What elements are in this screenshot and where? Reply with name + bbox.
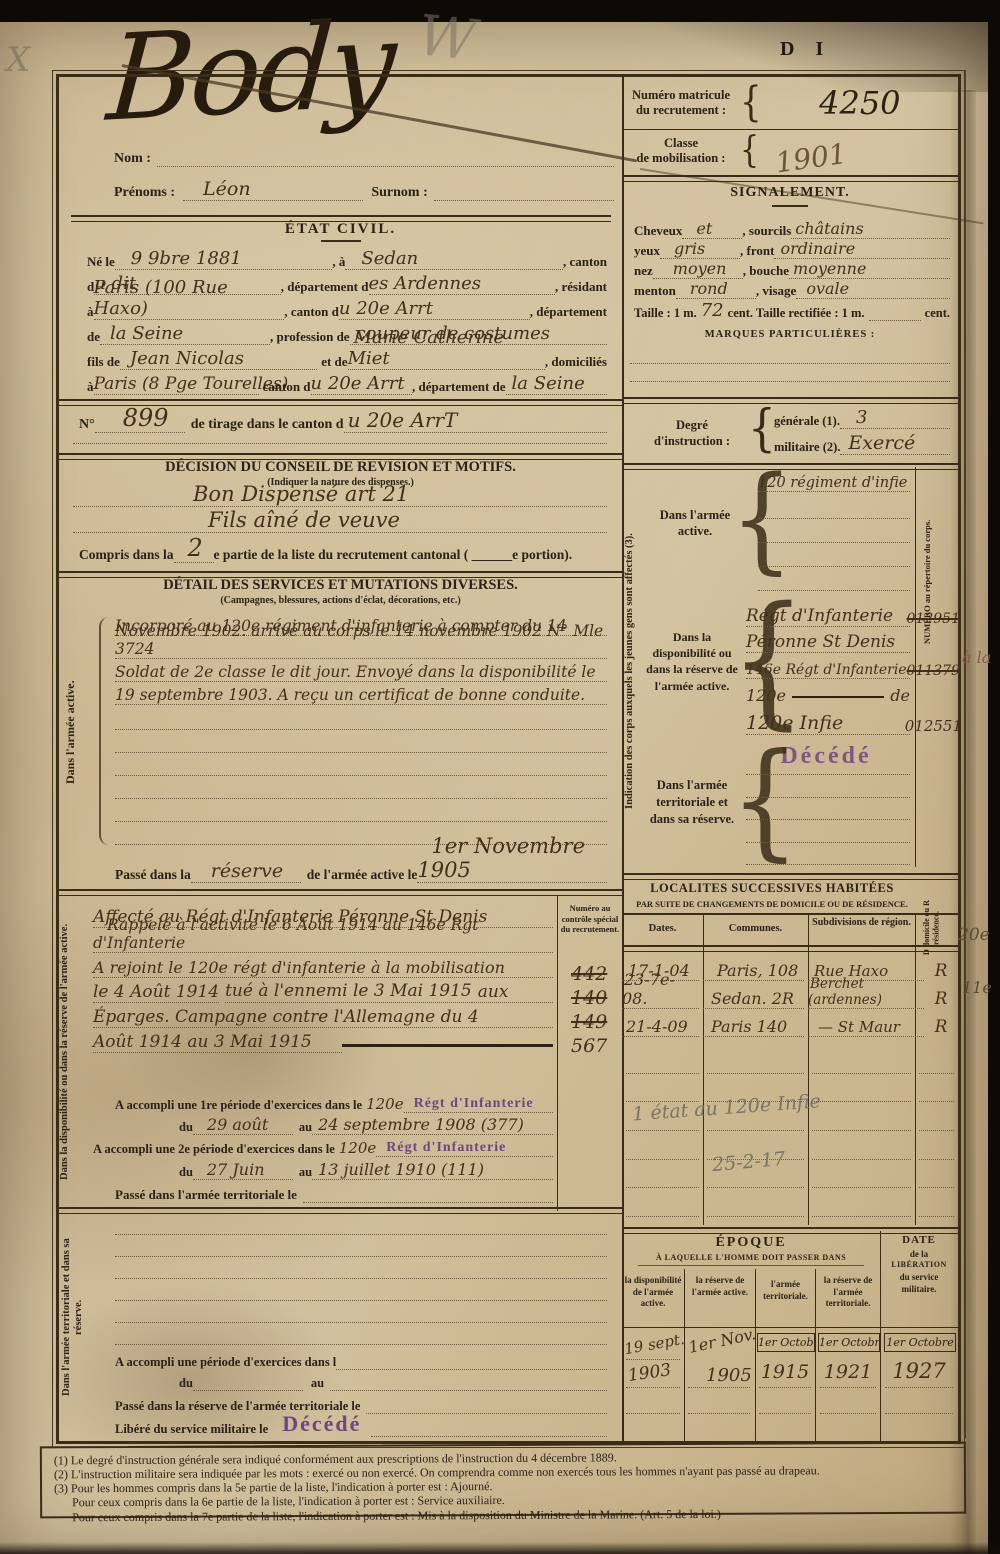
repertoire-number: 012551 [905, 717, 962, 735]
printed-label: Taille : 1 m. [634, 306, 697, 321]
blank-writing-line [115, 753, 607, 776]
series-label-di: D I [780, 38, 831, 61]
handwritten-value: 13 juillet 1910 (111) [312, 1160, 553, 1180]
epoque-value: 1927 [884, 1359, 954, 1383]
blank-writing-line [707, 1188, 804, 1217]
disponibilite-side-label: Dans la disponibilité ou dans la réserve… [59, 907, 85, 1197]
handwritten-value: 120e [366, 1095, 404, 1113]
services-title: DÉTAIL DES SERVICES ET MUTATIONS DIVERSE… [59, 577, 622, 594]
decision-line: Fils aîné de veuve [73, 507, 607, 533]
handwritten-value: u 20e Arrt [339, 298, 530, 320]
blank-writing-line [626, 1413, 680, 1414]
blank-writing-line [885, 1413, 953, 1414]
matricule-brace: { [740, 83, 762, 124]
printed-label: Passé dans la [115, 867, 191, 883]
etat-civil-title: ÉTAT CIVIL. [59, 221, 622, 238]
handwritten-value: 29 août [193, 1115, 293, 1135]
handwritten-value: réserve [191, 860, 301, 883]
locality-date: 23-7e-08. [622, 970, 699, 1009]
printed-label: cent. [925, 306, 950, 321]
epoque-value: 1921 [818, 1361, 878, 1383]
outer-frame-line [964, 70, 966, 1438]
blank-writing-line [626, 1188, 699, 1217]
decision-text: Bon Dispensé art 21 [73, 482, 607, 507]
classe-label-line: Classe [622, 136, 740, 151]
corps-dispo-line: Régt d'Infanterie 012951 [746, 601, 910, 627]
matricule-value: 4250 [762, 84, 958, 122]
printed-label: , visage [756, 283, 796, 299]
decision-line: Bon Dispensé art 21 [73, 481, 607, 507]
tirage-number: 899 [95, 404, 185, 433]
printed-label: Cheveux [634, 223, 682, 239]
epoque-col-header: la réserve de l'armée territoriale. [817, 1275, 879, 1310]
service-line: Novembre 1902. arrivé au corps le 14 nov… [115, 636, 607, 659]
dispo-text: Éparges. Campagne contre l'Allemagne du … [93, 1007, 553, 1028]
degre-label: Degré d'instruction : [642, 417, 742, 450]
printed-label: Libéré du service militaire le [115, 1422, 268, 1437]
decision-title: DÉCISION DU CONSEIL DE REVISION ET MOTIF… [59, 459, 622, 476]
handwritten-value: et [682, 219, 742, 239]
pencil-x-mark: X [6, 40, 30, 80]
corps-unit: Régt d'Infanterie [746, 606, 910, 627]
printed-label: Né le [87, 254, 115, 270]
printed-label: menton [634, 283, 676, 299]
classe-label-line: de mobilisation : [622, 151, 740, 166]
numero-repertoire-label: NUMÉRO au répertoire du corps. [922, 477, 948, 687]
handwritten-value: 1er Novembre 1905 [417, 834, 607, 883]
printed-label: , canton [563, 254, 607, 270]
date-header-line: du service [880, 1271, 958, 1283]
signalement-line: Cheveux et , sourcils châtains [634, 217, 950, 239]
printed-label: , sourcils [742, 223, 791, 239]
corps-active-line: 120 régiment d'infie [758, 469, 910, 492]
blank-write-line [330, 1390, 607, 1391]
blank-writing-line [820, 1413, 876, 1414]
printed-label: , profession de [270, 329, 350, 345]
epoque-subtitle: À LAQUELLE L'HOMME DOIT PASSER DANS [622, 1253, 880, 1262]
header-underline [622, 1327, 958, 1328]
handwritten-value: rond [676, 279, 756, 299]
printed-label: du [179, 1165, 193, 1180]
signalement-title: SIGNALEMENT. [622, 185, 958, 201]
handwritten-value: châtains [791, 219, 950, 239]
etat-civil-line: fils de Jean Nicolas et de Marie Catheri… [87, 345, 607, 370]
killed-in-action-note: tué à l'ennemi le 3 Mai 1915 [225, 981, 472, 1003]
libere-row: Libéré du service militaire le Décédé [115, 1414, 607, 1437]
footnotes-box: (1) Le degré d'instruction générale sera… [40, 1442, 966, 1519]
blank-writing-line [758, 495, 910, 519]
blank-writing-line [919, 1102, 954, 1131]
tirage-row: N° 899 de tirage dans le canton d u 20e … [79, 407, 607, 433]
repertoire-number: 012951 [907, 611, 960, 627]
service-text: 19 septembre 1903. A reçu un certificat … [115, 686, 607, 705]
handwritten-value: ovale [796, 279, 950, 299]
territoriale-side-label: Dans l'armée territoriale et dans sa rés… [61, 1227, 85, 1407]
blank-writing-line [707, 1045, 804, 1074]
printed-label: Passé dans l'armée territoriale le [115, 1187, 297, 1203]
classe-row: Classe de mobilisation : { 1901 [622, 131, 958, 171]
corps-unit: 146e Régt d'Infanterie [746, 662, 910, 679]
right-column: Numéro matricule du recrutement : { 4250… [622, 77, 958, 1441]
localites-title: LOCALITES SUCCESSIVES HABITÉES [622, 881, 922, 896]
pencil-w-mark: W [415, 3, 479, 74]
handwritten-value: Exercé [840, 432, 950, 455]
locality-date: 21-4-09 [622, 1017, 699, 1037]
form-frame: Nom : Prénoms : Léon Surnom : ÉTAT CIVIL… [56, 74, 961, 1444]
printed-label: générale (1). [774, 414, 840, 429]
dispo-line: Éparges. Campagne contre l'Allemagne du … [93, 1003, 553, 1028]
title-underline [321, 240, 361, 242]
corps-unit: de [890, 686, 910, 705]
periode1-row: A accompli une 1re période d'exercices d… [115, 1091, 553, 1113]
locality-dr-flag: R [924, 961, 958, 981]
handwritten-value: ordinaire [774, 239, 950, 259]
handwritten-value: 9 9bre 1881 [115, 248, 333, 270]
controle-number: 442 [571, 963, 607, 985]
handwritten-value: 3 [840, 407, 950, 429]
handwritten-value: es Ardennes [369, 273, 556, 295]
printed-label: de l'armée active le [307, 867, 418, 883]
locality-row: 23-7e-08. Sedan. 2R Berchet (ardennes) R [622, 981, 958, 1009]
handwritten-value: Marie Catherine Miet [348, 327, 545, 370]
armee-active-label: Dans l'armée active. [652, 507, 738, 540]
date-header-line: de la [880, 1248, 958, 1260]
margin-note-arrondissement: 11e [962, 978, 992, 997]
corps-active-value: 120 régiment d'infie [758, 475, 910, 492]
printed-label: Compris dans la [79, 547, 174, 563]
handwritten-value: Paris (100 Rue Haxo) [94, 277, 285, 320]
locality-commune: Paris 140 [703, 1017, 804, 1037]
territoriale-dates-row: du au [179, 1371, 607, 1391]
handwritten-value: moyenne [789, 259, 950, 279]
date-liberation-header: DATE de la LIBÉRATION du service militai… [880, 1233, 958, 1295]
handwritten-value: 120e [339, 1139, 377, 1157]
printed-label: nez [634, 263, 653, 279]
blank-writing-line [758, 543, 910, 567]
regiment-stamp: Régt d'Infanterie [404, 1096, 553, 1113]
matricule-label: Numéro matricule du recrutement : [622, 88, 740, 118]
blank-write-line [303, 1202, 553, 1203]
blank-writing-line [115, 1279, 607, 1301]
surnom-write-line [434, 200, 614, 201]
printed-label: A accompli une période d'exercices dans … [115, 1355, 336, 1370]
dispo-text: Rappelé à l'activité le 6 Août 1914 au 1… [93, 916, 553, 953]
service-line: Soldat de 2e classe le dit jour. Envoyé … [115, 659, 607, 682]
printed-label: du [179, 1120, 193, 1135]
controle-number: 140 [571, 987, 607, 1009]
epoque-value: 1903 [627, 1360, 673, 1386]
epoque-title: ÉPOQUE [622, 1235, 880, 1251]
signalement-line: menton rond , visage ovale [634, 279, 950, 299]
blank-writing-line [820, 1387, 876, 1388]
locality-blank-lines [919, 1045, 954, 1217]
printed-label: , département de [412, 379, 506, 395]
controle-header: Numéro au contrôle spécial du recrutemen… [559, 903, 621, 935]
degre-generale-row: générale (1). 3 [774, 409, 950, 429]
locality-blank-lines [626, 1045, 699, 1217]
etat-civil-line: Né le 9 9bre 1881 , à Sedan , canton [87, 245, 607, 270]
blank-write-line [869, 320, 921, 321]
locality-row: 21-4-09 Paris 140 — St Maur R [622, 1009, 958, 1037]
blank-writing-line [115, 730, 607, 753]
printed-label: de tirage dans le canton d [191, 417, 344, 433]
locality-commune: Sedan. 2R [703, 989, 804, 1009]
dispo-text: le 4 Août 1914 [93, 982, 219, 1003]
blank-writing-line [885, 1387, 953, 1388]
locality-subdivision: Berchet (ardennes) [808, 976, 924, 1009]
printed-label: yeux [634, 243, 660, 259]
title-underline [772, 205, 808, 207]
matricule-label-line: Numéro matricule [622, 88, 740, 103]
date-header-line: DATE [880, 1233, 958, 1248]
handwritten-value: 27 Juin [193, 1160, 293, 1180]
printed-label: A accompli une 1re période d'exercices d… [115, 1098, 362, 1113]
blank-writing-line [115, 1323, 607, 1345]
handwritten-value: u 20e Arrt [311, 373, 412, 395]
printed-label: au [299, 1120, 312, 1135]
printed-label: , résidant [555, 279, 607, 295]
prenoms-row: Prénoms : Léon Surnom : [114, 175, 614, 201]
locality-commune: Paris, 108 [703, 961, 804, 981]
col-divider [815, 1269, 816, 1441]
marques-label: MARQUES PARTICULIÈRES : [622, 329, 958, 340]
scan-bottom-shadow [0, 1542, 1000, 1554]
blank-write-line [371, 1436, 607, 1437]
handwritten-value: gris [660, 239, 740, 259]
etat-civil-line: à Paris (100 Rue Haxo) , canton d u 20e … [87, 295, 607, 320]
locality-dr-flag: R [924, 1017, 958, 1037]
printed-label: , domiciliés [545, 354, 607, 370]
blank-writing-line [919, 1160, 954, 1189]
handwritten-value: la Seine [100, 323, 270, 345]
blank-writing-line [919, 1188, 954, 1217]
handwritten-value: moyen [653, 259, 743, 279]
locality-blank-lines [812, 1045, 911, 1217]
service-line: 19 septembre 1903. A reçu un certificat … [115, 682, 607, 705]
printed-label: A accompli une 2e période d'exercices da… [93, 1142, 335, 1157]
blank-writing-line [812, 1131, 911, 1160]
corps-unit: 120e [746, 686, 786, 705]
corps-dispo-line: 120e de [746, 679, 910, 705]
printed-label: , à [332, 254, 345, 270]
blank-writing-line [688, 1387, 750, 1388]
degre-militaire-row: militaire (2). Exercé [774, 433, 950, 455]
octobre-stamp: 1er Octobre [757, 1333, 815, 1352]
printed-label: e partie de la liste du recrutement cant… [214, 547, 573, 563]
territoriale-exercices-row: A accompli une période d'exercices dans … [115, 1349, 607, 1370]
blank-writing-line [73, 443, 607, 444]
matricule-label-line: du recrutement : [622, 103, 740, 118]
blank-writing-line [115, 1235, 607, 1257]
service-text: Novembre 1902. arrivé au corps le 14 nov… [115, 622, 607, 659]
prenoms-label: Prénoms : [114, 185, 175, 201]
dispo-line: Rappelé à l'activité le 6 Août 1914 au 1… [93, 928, 553, 953]
ditto-line [792, 696, 884, 698]
printed-label: , département d [281, 279, 369, 295]
locality-subdivision: — St Maur [808, 1018, 924, 1037]
passe-reserve-row: Passé dans la réserve de l'armée active … [115, 855, 607, 883]
blank-writing-line [115, 799, 607, 822]
handwritten-value: u 20e ArrT [344, 408, 607, 433]
compris-row: Compris dans la 2 e partie de la liste d… [79, 539, 607, 563]
blank-writing-line [626, 1160, 699, 1189]
corps-side-label: Indication des corps auxquels les jeunes… [624, 473, 644, 869]
handwritten-value: Sedan [345, 248, 563, 270]
section-divider [622, 175, 958, 182]
repertoire-number: 011379 [907, 663, 960, 679]
nom-label: Nom : [114, 151, 151, 167]
blank-writing-line [759, 1387, 811, 1388]
printed-label: fils de [87, 354, 120, 370]
blank-writing-line [115, 707, 607, 730]
decision-text: Fils aîné de veuve [73, 508, 607, 533]
dispo-line: A rejoint le 120e régt d'infanterie à la… [93, 953, 553, 978]
disponibilite-label: Dans la disponibilité ou dans la réserve… [646, 629, 738, 694]
blank-writing-line [919, 1131, 954, 1160]
blank-writing-line [919, 1045, 954, 1074]
communes-header: Communes. [703, 923, 808, 934]
corps-unit: Péronne St Denis [746, 632, 910, 653]
blank-writing-line [746, 775, 910, 797]
printed-label: et de [321, 354, 347, 370]
blank-writing-line [812, 1160, 911, 1189]
printed-label: au [311, 1376, 324, 1391]
blank-writing-line [115, 1213, 607, 1235]
handwritten-value: la Seine [506, 373, 607, 395]
printed-label: N° [79, 417, 95, 433]
handwritten-value: 2 [174, 534, 214, 563]
armee-active-side-label: Dans l'armée active. [63, 617, 79, 847]
periode2-dates-row: du 27 Juin au 13 juillet 1910 (111) [179, 1158, 553, 1180]
octobre-stamp: 1er Octobre [818, 1333, 880, 1352]
localites-table: Dates. Communes. Subdivisions de région.… [622, 913, 958, 1225]
section-divider [622, 397, 958, 404]
prenoms-value: Léon [183, 178, 363, 201]
strike-filler [342, 1044, 553, 1047]
dates-header: Dates. [622, 923, 703, 934]
blank-writing-line [746, 843, 910, 865]
printed-label: du [179, 1376, 193, 1391]
epoque-value: 1915 [757, 1361, 813, 1383]
blank-write-line [336, 1369, 607, 1370]
epoque-squiggle [638, 1265, 864, 1266]
blank-writing-line [758, 519, 910, 543]
periode2-row: A accompli une 2e période d'exercices da… [93, 1135, 553, 1157]
printed-label: , bouche [743, 263, 789, 279]
header-underline [622, 945, 958, 952]
printed-label: canton d [263, 379, 311, 395]
localites-subtitle: PAR SUITE DE CHANGEMENTS DE DOMICILE OU … [622, 899, 922, 909]
surnom-label: Surnom : [371, 185, 427, 201]
epoque-col-header: l'armée territoriale. [757, 1279, 814, 1302]
date-header-line: LIBÉRATION [880, 1260, 958, 1271]
blank-writing-line [630, 363, 950, 364]
dispo-line: le 4 Août 1914 tué à l'ennemi le 3 Mai 1… [93, 978, 553, 1003]
epoque-col-header: la réserve de l'armée active. [686, 1275, 754, 1298]
section-divider [59, 889, 622, 896]
blank-writing-line [115, 1301, 607, 1323]
corps-dispo-line: Péronne St Denis [746, 627, 910, 653]
blank-writing-line [759, 1413, 811, 1414]
octobre-stamp: 1er Octobre [884, 1333, 956, 1352]
signalement-line: nez moyen , bouche moyenne [634, 259, 950, 279]
blank-writing-line [115, 776, 607, 799]
controle-number: 149 [571, 1011, 607, 1033]
epoque-value: 19 sept. [623, 1330, 686, 1358]
margin-note: à la [962, 648, 991, 667]
printed-label: au [299, 1165, 312, 1180]
blank-writing-line [626, 1074, 699, 1103]
epoque-value: 1er Nov. [687, 1324, 758, 1357]
regiment-stamp: Régt d'Infanterie [376, 1140, 553, 1157]
signalement-line: yeux gris , front ordinaire [634, 239, 950, 259]
subdiv-header: Subdivisions de région. [808, 917, 915, 929]
service-text: Soldat de 2e classe le dit jour. Envoyé … [115, 663, 607, 682]
dispo-text: aux [472, 982, 553, 1003]
handwritten-value: Jean Nicolas [120, 348, 317, 370]
printed-label: , canton d [284, 304, 339, 320]
margin-note-arrondissement: 20e [958, 925, 990, 945]
blank-writing-line [746, 798, 910, 820]
classe-brace: { [740, 133, 759, 169]
taille-row: Taille : 1 m. 72 cent. Taille rectifiée … [634, 301, 950, 321]
col-divider [755, 1269, 756, 1441]
epoque-value: 1905 [706, 1365, 752, 1386]
blank-writing-line [812, 1045, 911, 1074]
dispo-line: Août 1914 au 3 Mai 1915 [93, 1028, 553, 1053]
degre-brace: { [748, 404, 776, 455]
blank-writing-line [746, 820, 910, 842]
epoque-table: ÉPOQUE À LAQUELLE L'HOMME DOIT PASSER DA… [622, 1231, 958, 1441]
printed-label: cent. Taille rectifiée : 1 m. [728, 306, 865, 321]
printed-label: , département [530, 304, 607, 320]
printed-label: , front [740, 243, 774, 259]
controle-col-divider [557, 895, 558, 1211]
territoriale-label: Dans l'armée territoriale et dans sa rés… [646, 777, 738, 828]
printed-label: de [87, 329, 100, 345]
corps-terr-blank-lines [746, 753, 910, 865]
periode1-dates-row: du 29 août au 24 septembre 1908 (377) [179, 1113, 553, 1135]
dispo-text: Août 1914 au 3 Mai 1915 [93, 1032, 342, 1053]
nom-row: Nom : [114, 141, 614, 167]
services-subtitle: (Campagnes, blessures, actions d'éclat, … [59, 595, 622, 606]
dispo-text: A rejoint le 120e régt d'infanterie à la… [93, 958, 553, 978]
blank-writing-line [746, 753, 910, 775]
nom-write-line [157, 166, 614, 167]
passe-territoriale-row: Passé dans l'armée territoriale le [115, 1181, 553, 1203]
col-divider [684, 1269, 685, 1441]
blank-writing-line [626, 1131, 699, 1160]
territoriale-blank-lines [115, 1213, 607, 1345]
section-divider [622, 873, 958, 880]
blank-writing-line [630, 381, 950, 382]
blank-writing-line [626, 1359, 680, 1360]
blank-writing-line [688, 1413, 750, 1414]
scanned-military-record: { "colors":{"paper":"#ccb994","ink":"#2c… [0, 0, 1000, 1554]
blank-writing-line [626, 1045, 699, 1074]
locality-dr-flag: R [924, 989, 958, 1009]
matricule-row: Numéro matricule du recrutement : { 4250 [622, 81, 958, 125]
blank-write-line [193, 1390, 303, 1391]
handwritten-value: 24 septembre 1908 (377) [312, 1115, 553, 1135]
blank-writing-line [812, 1188, 911, 1217]
handwritten-value: Paris (8 Pge Tourelles) [94, 374, 259, 395]
handwritten-value: 72 [701, 300, 724, 321]
decede-stamp: Décédé [282, 1411, 361, 1437]
services-brace [99, 617, 113, 845]
blank-writing-line [626, 1387, 680, 1388]
blank-writing-line [115, 1257, 607, 1279]
